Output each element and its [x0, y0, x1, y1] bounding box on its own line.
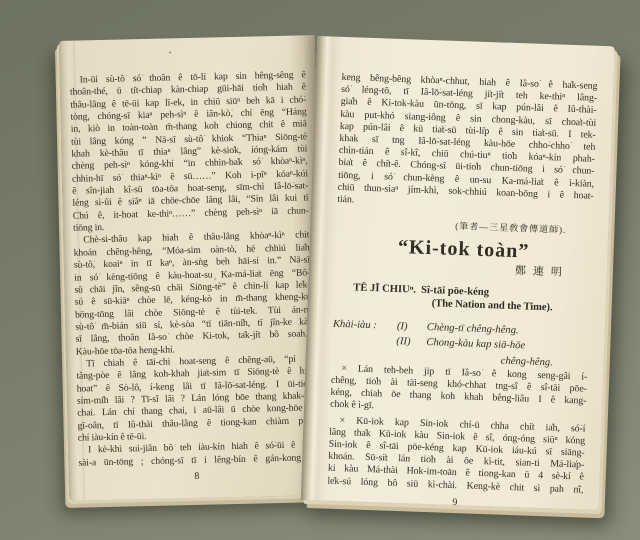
- author-byline: (筆者—三星敎會傳道師).: [336, 215, 592, 237]
- paragraph: I kè-khì sui-jiân bô teh iàu-kín hiah ê …: [78, 440, 314, 470]
- outline-label-spacer: [332, 332, 396, 349]
- page-number-right: 9: [327, 493, 583, 513]
- book-page-right: keng bêng-bêng khòaⁿ-chhut, hiah ê Iâ-so…: [301, 36, 615, 510]
- photo-background: In-ūi sù-tô͘ só͘ thoân ê tō-lí kap sin h…: [0, 0, 640, 540]
- outline-numeral: (I): [397, 319, 428, 335]
- page-number-left: 8: [79, 468, 315, 484]
- right-page-body-paragraphs: × Lán teh-beh jip tī Iâ-so͘ ê kong seng-…: [327, 363, 587, 497]
- paragraph: In-ūi sù-tô͘ só͘ thoân ê tō-lí kap sin h…: [70, 69, 310, 235]
- dust-speck: [169, 51, 171, 53]
- paragraph: × Kū-iok kap Sin-iok chí-ū chha chi̍t ia…: [327, 414, 585, 496]
- right-page-text: keng bêng-bêng khòaⁿ-chhut, hiah ê Iâ-so…: [327, 72, 598, 513]
- chapter-number: TĒ JĪ CHIUⁿ.: [353, 283, 416, 296]
- outline-numeral: (II): [396, 334, 427, 350]
- right-page-continuation-paragraph: keng bêng-bêng khòaⁿ-chhut, hiah ê Iâ-so…: [337, 72, 598, 215]
- left-page-text: In-ūi sù-tô͘ só͘ thoân ê tō-lí kap sin h…: [70, 69, 315, 484]
- paragraph: keng bêng-bêng khòaⁿ-chhut, hiah ê Iâ-so…: [337, 72, 598, 215]
- left-page-paragraphs: In-ūi sù-tô͘ só͘ thoân ê tō-lí kap sin h…: [70, 69, 315, 469]
- paragraph: Chè-si-thâu kap hiah ê thâu-lâng khòaⁿ-k…: [73, 230, 312, 359]
- paragraph: × Lán teh-beh jip tī Iâ-so͘ ê kong seng-…: [330, 363, 588, 421]
- paragraph: Tī chiah ê tāi-chì hoat-seng ê chêng-aū,…: [76, 353, 314, 445]
- book-page-left: In-ūi sù-tô͘ só͘ thoân ê tō-lí kap sin h…: [59, 35, 325, 501]
